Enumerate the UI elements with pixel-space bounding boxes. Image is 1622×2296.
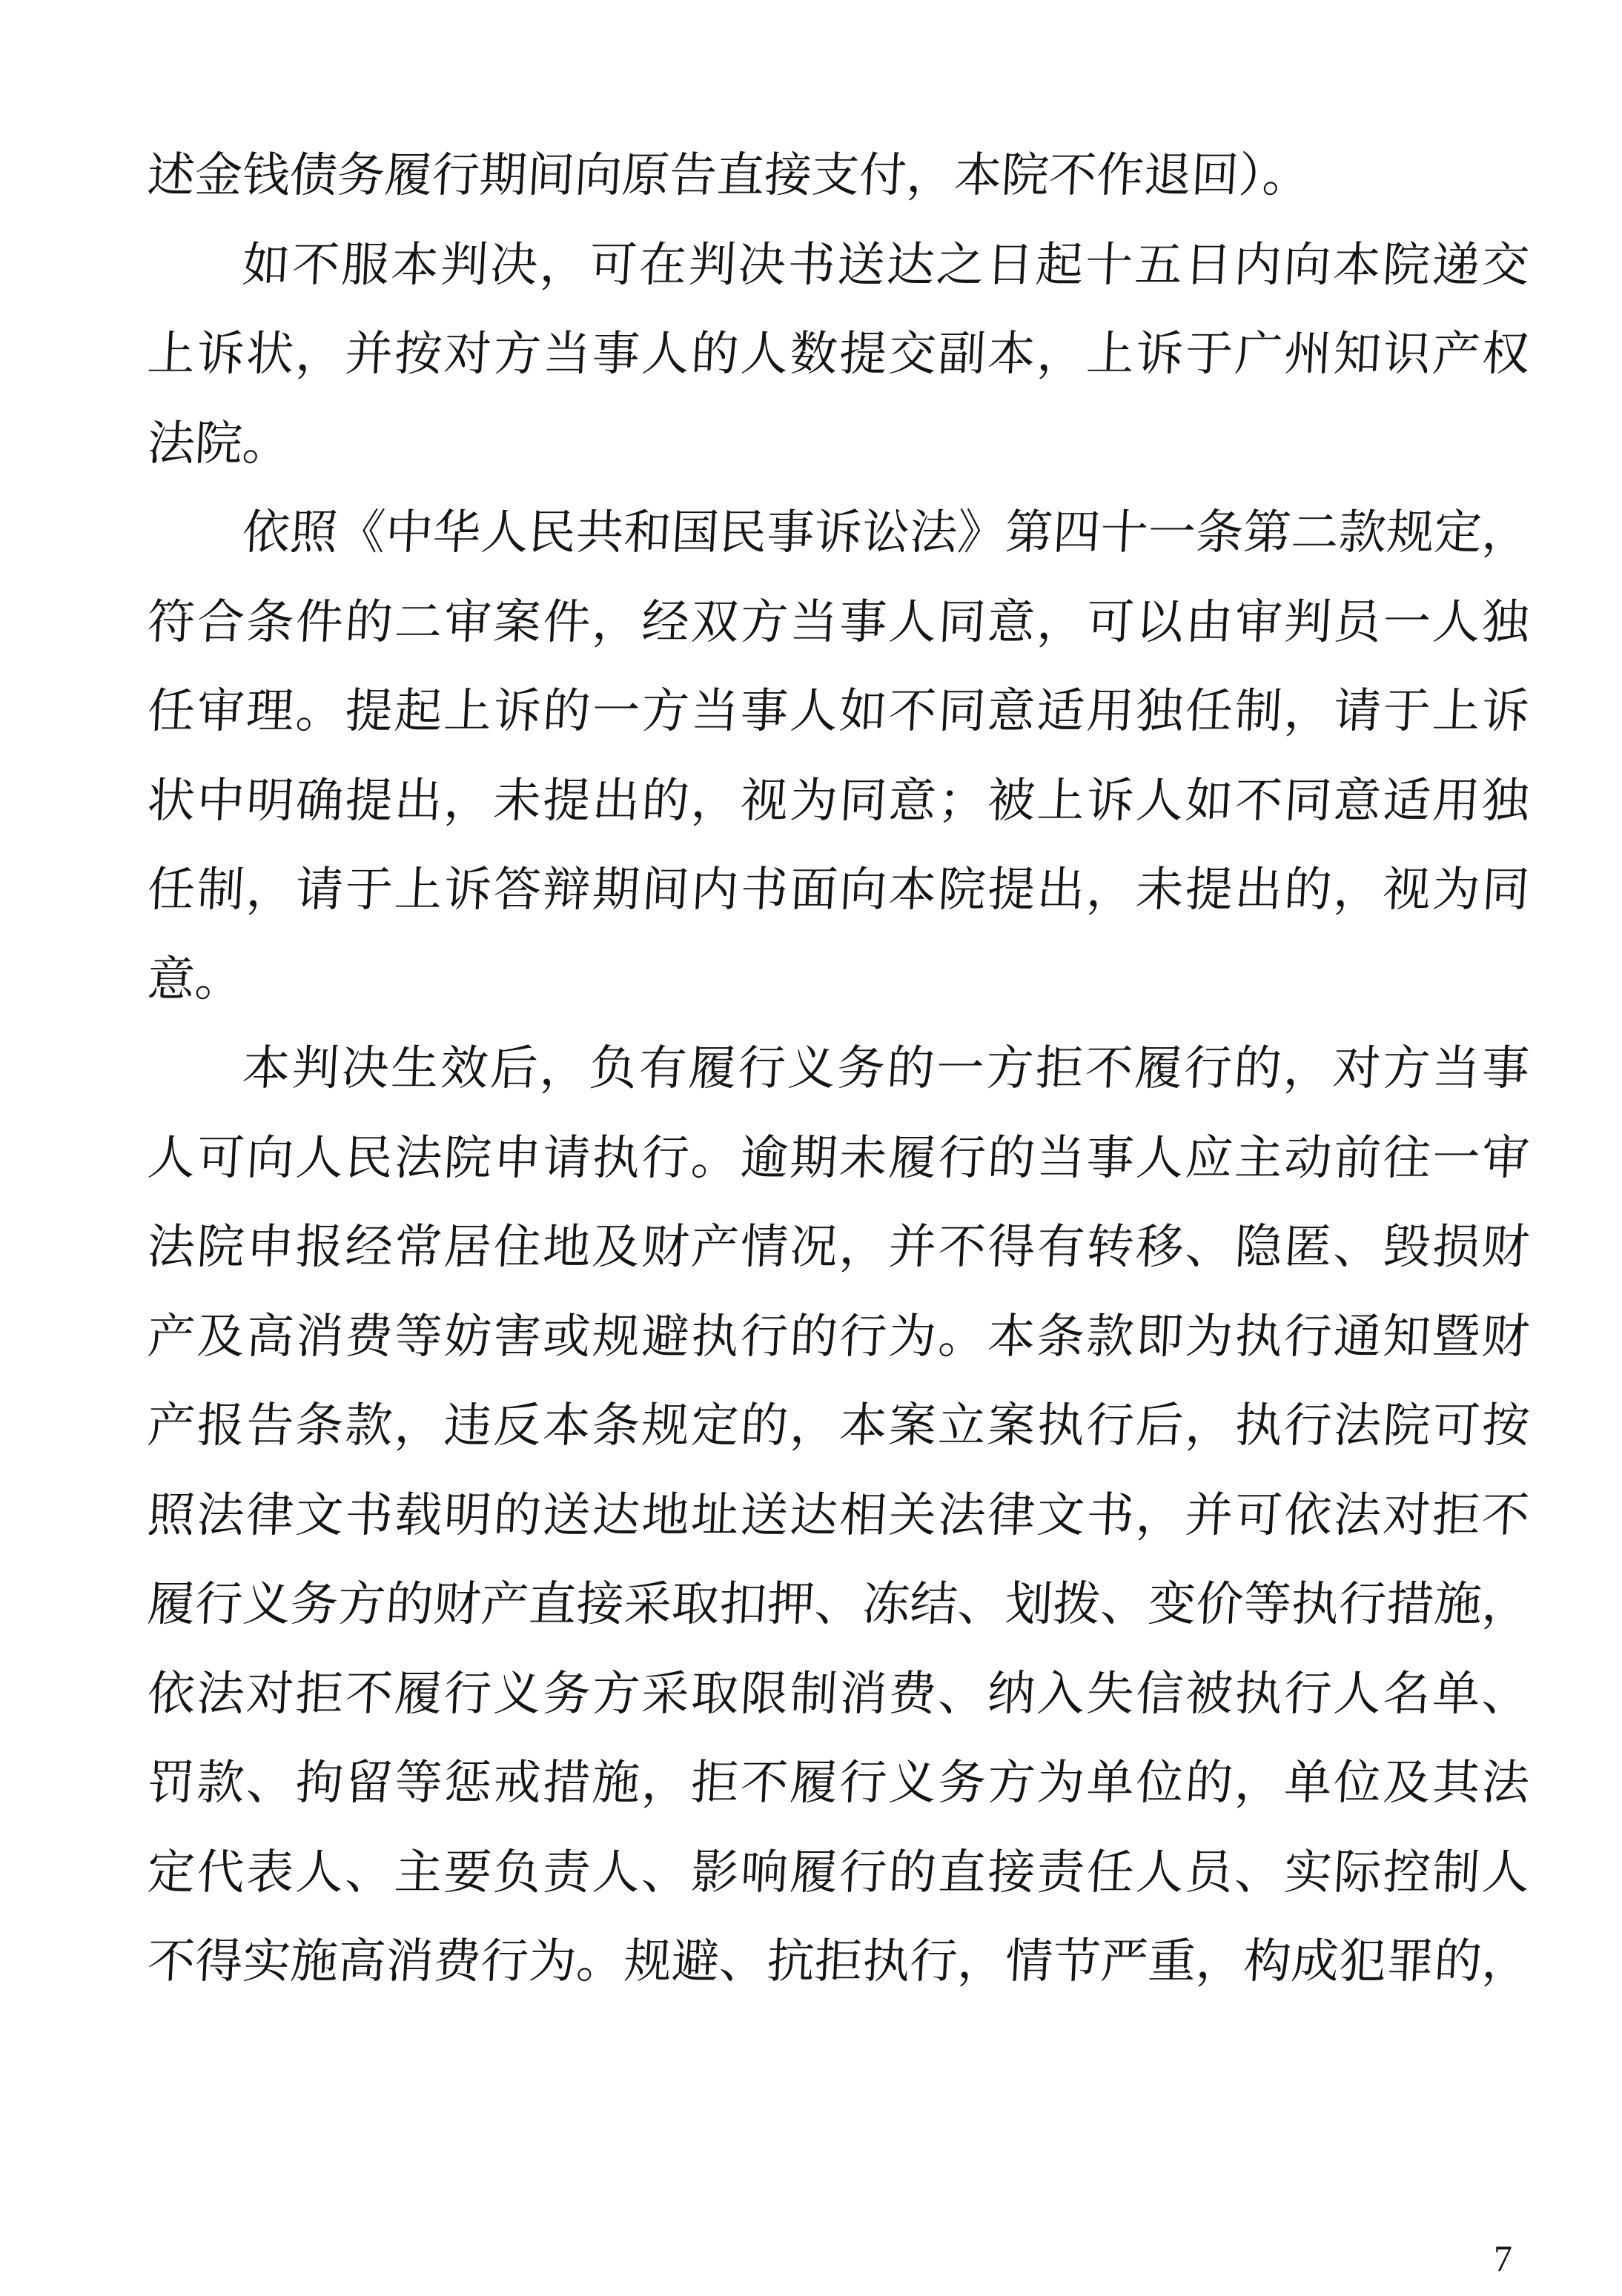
text-line: 人可向人民法院申请执行。逾期未履行的当事人应主动前往一审: [145, 1114, 1532, 1204]
paragraph-appeal-notice: 如不服本判决，可在判决书送达之日起十五日内向本院递交 上诉状，并按对方当事人的人…: [148, 221, 1529, 489]
page-number: 7: [1494, 2237, 1512, 2280]
text-line: 产及高消费等妨害或规避执行的行为。本条款即为执行通知暨财: [145, 1293, 1532, 1382]
paragraph-enforcement-clause: 本判决生效后，负有履行义务的一方拒不履行的，对方当事 人可向人民法院申请执行。逾…: [148, 1024, 1529, 2007]
text-line: 状中明确提出，未提出的，视为同意；被上诉人如不同意适用独: [145, 757, 1532, 846]
text-line: 依照《中华人民共和国民事诉讼法》第四十一条第二款规定，: [145, 488, 1532, 578]
paragraph-continuation: 述金钱债务履行期间向原告直接支付，本院不作退回）。: [148, 131, 1529, 221]
text-line: 本判决生效后，负有履行义务的一方拒不履行的，对方当事: [145, 1024, 1532, 1114]
text-line: 罚款、拘留等惩戒措施，拒不履行义务方为单位的，单位及其法: [145, 1739, 1532, 1828]
text-line: 如不服本判决，可在判决书送达之日起十五日内向本院递交: [145, 221, 1532, 311]
text-line: 履行义务方的财产直接采取扣押、冻结、划拨、变价等执行措施，: [145, 1560, 1532, 1650]
text-line: 意。: [145, 935, 1532, 1025]
text-line: 照法律文书载明的送达地址送达相关法律文书，并可依法对拒不: [145, 1471, 1532, 1561]
judgment-text-block: 述金钱债务履行期间向原告直接支付，本院不作退回）。 如不服本判决，可在判决书送达…: [148, 131, 1529, 2007]
text-line: 不得实施高消费行为。规避、抗拒执行，情节严重，构成犯罪的，: [145, 1917, 1532, 2007]
text-line: 符合条件的二审案件，经双方当事人同意，可以由审判员一人独: [145, 578, 1532, 668]
text-line: 任制，请于上诉答辩期间内书面向本院提出，未提出的，视为同: [145, 846, 1532, 935]
text-line: 法院。: [145, 399, 1532, 489]
text-line: 依法对拒不履行义务方采取限制消费、纳入失信被执行人名单、: [145, 1650, 1532, 1739]
paragraph-sole-judge-rule: 依照《中华人民共和国民事诉讼法》第四十一条第二款规定， 符合条件的二审案件，经双…: [148, 488, 1529, 1024]
text-line: 述金钱债务履行期间向原告直接支付，本院不作退回）。: [145, 131, 1532, 221]
text-line: 任审理。提起上诉的一方当事人如不同意适用独任制，请于上诉: [145, 667, 1532, 757]
text-line: 上诉状，并按对方当事人的人数提交副本，上诉于广州知识产权: [145, 310, 1532, 399]
text-line: 产报告条款，违反本条规定的，本案立案执行后，执行法院可按: [145, 1381, 1532, 1471]
judgment-page: 述金钱债务履行期间向原告直接支付，本院不作退回）。 如不服本判决，可在判决书送达…: [0, 0, 1622, 2296]
text-line: 定代表人、主要负责人、影响履行的直接责任人员、实际控制人: [145, 1828, 1532, 1918]
text-line: 法院申报经常居住地及财产情况，并不得有转移、隐匿、毁损财: [145, 1203, 1532, 1293]
